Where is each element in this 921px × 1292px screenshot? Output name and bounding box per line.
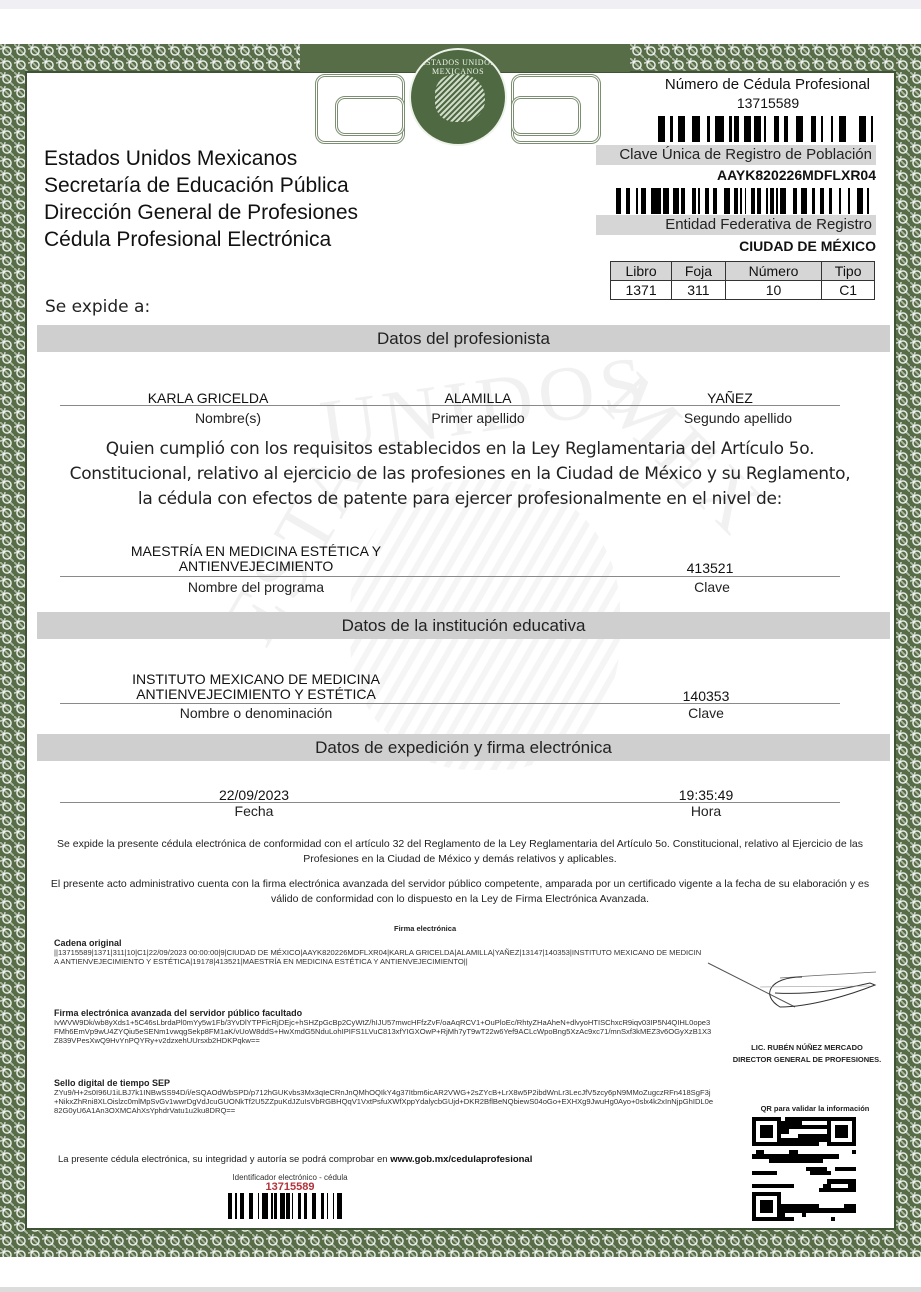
program-code-label: Clave — [662, 579, 762, 595]
section-expedicion: Datos de expedición y firma electrónica — [37, 734, 890, 761]
val-tipo: C1 — [822, 281, 875, 300]
col-libro: Libro — [611, 262, 672, 281]
val-foja: 311 — [672, 281, 726, 300]
entidad-label: Entidad Federativa de Registro — [596, 215, 876, 235]
handwritten-signature-icon — [700, 955, 890, 1020]
institution-code-label: Clave — [656, 705, 756, 721]
advanced-signature-label: Firma electrónica avanzada del servidor … — [54, 1008, 302, 1018]
institution-name-label: Nombre o denominación — [156, 705, 356, 721]
issuer-title-block: Estados Unidos Mexicanos Secretaría de E… — [44, 145, 358, 253]
section-institucion: Datos de la institución educativa — [37, 612, 890, 639]
signer-name: LIC. RUBÉN NÚÑEZ MERCADO — [712, 1042, 902, 1054]
first-surname: ALAMILLA — [378, 390, 578, 406]
viewer-bottom-strip — [0, 1287, 921, 1292]
first-surname-label: Primer apellido — [378, 410, 578, 426]
col-numero: Número — [725, 262, 822, 281]
electronic-id-number: 13715589 — [210, 1181, 370, 1193]
issue-time: 19:35:49 — [656, 787, 756, 803]
legal-basis-paragraph: Se expide la presente cédula electrónica… — [50, 837, 870, 867]
viewer-top-strip — [0, 0, 921, 9]
val-numero: 10 — [725, 281, 822, 300]
given-names: KARLA GRICELDA — [108, 390, 308, 406]
curp-barcode — [618, 188, 876, 214]
signer-title: DIRECTOR GENERAL DE PROFESIONES. — [712, 1054, 902, 1066]
registry-table: Libro Foja Número Tipo 1371 311 10 C1 — [610, 261, 875, 300]
issue-date-label: Fecha — [194, 803, 314, 819]
title-country: Estados Unidos Mexicanos — [44, 145, 358, 172]
institution-name: INSTITUTO MEXICANO DE MEDICINA ANTIENVEJ… — [96, 672, 416, 702]
legal-statement: Quien cumplió con los requisitos estable… — [30, 437, 890, 512]
e-signature-paragraph: El presente acto administrativo cuenta c… — [50, 877, 870, 907]
institution-code: 140353 — [656, 688, 756, 704]
second-surname: YAÑEZ — [630, 390, 830, 406]
advanced-signature-value: IvWVW9Dk/wb8yXds1+5C46sLbrdaPl0mYy5w1Fb/… — [54, 1018, 714, 1045]
title-document: Cédula Profesional Electrónica — [44, 226, 358, 253]
entidad-value: CIUDAD DE MÉXICO — [596, 238, 876, 254]
e-signature-heading: Firma electrónica — [394, 924, 456, 933]
section-profesionista: Datos del profesionista — [37, 325, 890, 352]
issue-time-label: Hora — [656, 803, 756, 819]
given-names-label: Nombre(s) — [128, 410, 328, 426]
signer-block: LIC. RUBÉN NÚÑEZ MERCADO DIRECTOR GENERA… — [712, 1042, 902, 1066]
title-secretariat: Secretaría de Educación Pública — [44, 172, 358, 199]
verification-link[interactable]: www.gob.mx/cedulaprofesional — [390, 1154, 532, 1165]
curp-label: Clave Única de Registro de Población — [596, 145, 876, 165]
col-foja: Foja — [672, 262, 726, 281]
qr-label: QR para validar la información — [735, 1104, 895, 1113]
program-code: 413521 — [660, 560, 760, 576]
val-libro: 1371 — [611, 281, 672, 300]
program-name: MAESTRÍA EN MEDICINA ESTÉTICA Y ANTIENVE… — [96, 544, 416, 574]
issue-date: 22/09/2023 — [194, 787, 314, 803]
curp-value: AAYK820226MDFLXR04 — [596, 167, 876, 183]
national-emblem: ESTADOS UNIDOS MEXICANOS — [305, 46, 605, 161]
issued-to-label: Se expide a: — [45, 297, 150, 317]
qr-code-icon[interactable] — [752, 1117, 856, 1221]
cadena-original-label: Cadena original — [54, 938, 122, 948]
timestamp-seal-value: ZYu9/H+2s0I96U1iLBJ7k1INBwSS94D/i/eSQAOd… — [54, 1088, 714, 1115]
cedula-number: 13715589 — [666, 95, 870, 111]
title-directorate: Dirección General de Profesiones — [44, 199, 358, 226]
cadena-original-value: ||13715589|1371|311|10|C1|22/09/2023 00:… — [54, 948, 704, 966]
second-surname-label: Segundo apellido — [638, 410, 838, 426]
electronic-id-barcode — [228, 1193, 348, 1219]
col-tipo: Tipo — [822, 262, 875, 281]
timestamp-seal-label: Sello digital de tiempo SEP — [54, 1078, 170, 1088]
verification-note: La presente cédula electrónica, su integ… — [58, 1154, 558, 1165]
cedula-number-label: Número de Cédula Profesional — [596, 76, 870, 93]
eagle-seal-icon: ESTADOS UNIDOS MEXICANOS — [409, 48, 507, 146]
program-name-label: Nombre del programa — [156, 579, 356, 595]
cedula-barcode — [658, 116, 876, 142]
